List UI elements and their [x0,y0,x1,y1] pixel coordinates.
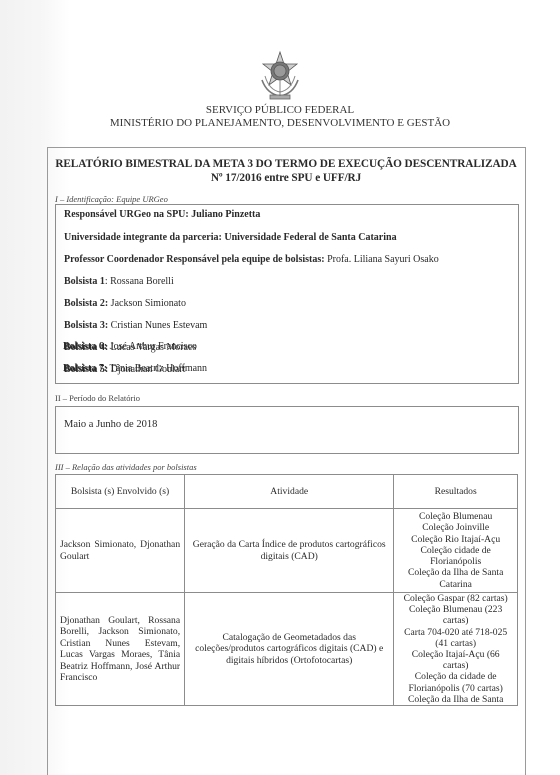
bolsista-label: Bolsista 1 [64,276,105,287]
universidade-line: Universidade integrante da parceria: Uni… [64,232,397,244]
column-header-resultados: Resultados [394,475,518,509]
result-item: Coleção cidade de Florianópolis [398,545,513,567]
bolsista-line: Bolsista 3: Cristian Nunes Estevam [64,320,207,332]
activities-table: Bolsista (s) Envolvido (s) Atividade Res… [55,474,518,706]
cell-atividade: Catalogação de Geometadados das coleções… [185,593,394,706]
bolsista-line: Bolsista 2: Jackson Simionato [64,298,186,310]
result-item: Carta 704-020 até 718-025 (41 cartas) [398,627,513,649]
bolsista-name: Cristian Nunes Estevam [108,320,207,331]
cell-resultados: Coleção Blumenau Coleção Joinville Coleç… [394,509,518,593]
header-ministry-name: MINISTÉRIO DO PLANEJAMENTO, DESENVOLVIME… [0,117,560,129]
bolsista-label: Bolsista 2: [64,298,108,309]
bolsista-label: Bolsista 6: [63,341,107,352]
bolsista-line: Bolsista 6: José Arthur Francisco [63,341,197,353]
section-identification-label: I – Identificação: Equipe URGeo [55,194,168,204]
column-header-bolsistas: Bolsista (s) Envolvido (s) [56,475,185,509]
period-box: Maio a Junho de 2018 [55,406,519,454]
bolsista-label: Bolsista 7: [63,363,107,374]
section-activities-label: III – Relação das atividades por bolsist… [55,462,197,472]
professor-label: Professor Coordenador Responsável pela e… [64,254,325,265]
table-row: Djonathan Goulart, Rossana Borelli, Jack… [56,593,518,706]
cell-bolsistas: Jackson Simionato, Djonathan Goulart [56,509,185,593]
result-item: Coleção da Ilha de Santa Catarina [398,567,513,589]
identification-box: Responsável URGeo na SPU: Juliano Pinzet… [55,204,519,384]
result-item: Coleção Gaspar (82 cartas) [398,593,513,604]
bolsista-line: Bolsista 1: Rossana Borelli [64,276,174,288]
cell-resultados: Coleção Gaspar (82 cartas) Coleção Blume… [394,593,518,706]
bolsista-name: José Arthur Francisco [107,341,197,352]
result-item: Coleção Joinville [398,522,513,533]
professor-line: Professor Coordenador Responsável pela e… [64,254,439,266]
period-value: Maio a Junho de 2018 [64,419,157,430]
section-period-label: II – Período do Relatório [55,393,140,403]
result-item: Coleção da cidade de Florianópolis (70 c… [398,671,513,693]
bolsista-name: Tânia Beatriz Hoffmann [107,363,207,374]
header-service-name: SERVIÇO PÚBLICO FEDERAL [0,104,560,116]
result-item: Coleção Itajaí-Açu (66 cartas) [398,649,513,671]
column-header-atividade: Atividade [185,475,394,509]
professor-value: Profa. Liliana Sayuri Osako [325,254,439,265]
result-item: Coleção Rio Itajaí-Açu [398,534,513,545]
cell-bolsistas: Djonathan Goulart, Rossana Borelli, Jack… [56,593,185,706]
brazil-coat-of-arms-icon [257,50,303,102]
responsavel-line: Responsável URGeo na SPU: Juliano Pinzet… [64,209,260,221]
result-item: Coleção Blumenau (223 cartas) [398,604,513,626]
bolsista-line: Bolsista 7: Tânia Beatriz Hoffmann [63,363,207,375]
report-title-line1: RELATÓRIO BIMESTRAL DA META 3 DO TERMO D… [47,157,525,171]
bolsista-label: Bolsista 3: [64,320,108,331]
cell-atividade: Geração da Carta Índice de produtos cart… [185,509,394,593]
result-item: Coleção da Ilha de Santa [398,694,513,705]
table-row: Jackson Simionato, Djonathan Goulart Ger… [56,509,518,593]
result-item: Coleção Blumenau [398,511,513,522]
table-header-row: Bolsista (s) Envolvido (s) Atividade Res… [56,475,518,509]
bolsista-name: : Rossana Borelli [105,276,174,287]
report-title: RELATÓRIO BIMESTRAL DA META 3 DO TERMO D… [47,157,525,185]
report-title-line2: Nº 17/2016 entre SPU e UFF/RJ [47,171,525,185]
bolsista-name: Jackson Simionato [108,298,186,309]
